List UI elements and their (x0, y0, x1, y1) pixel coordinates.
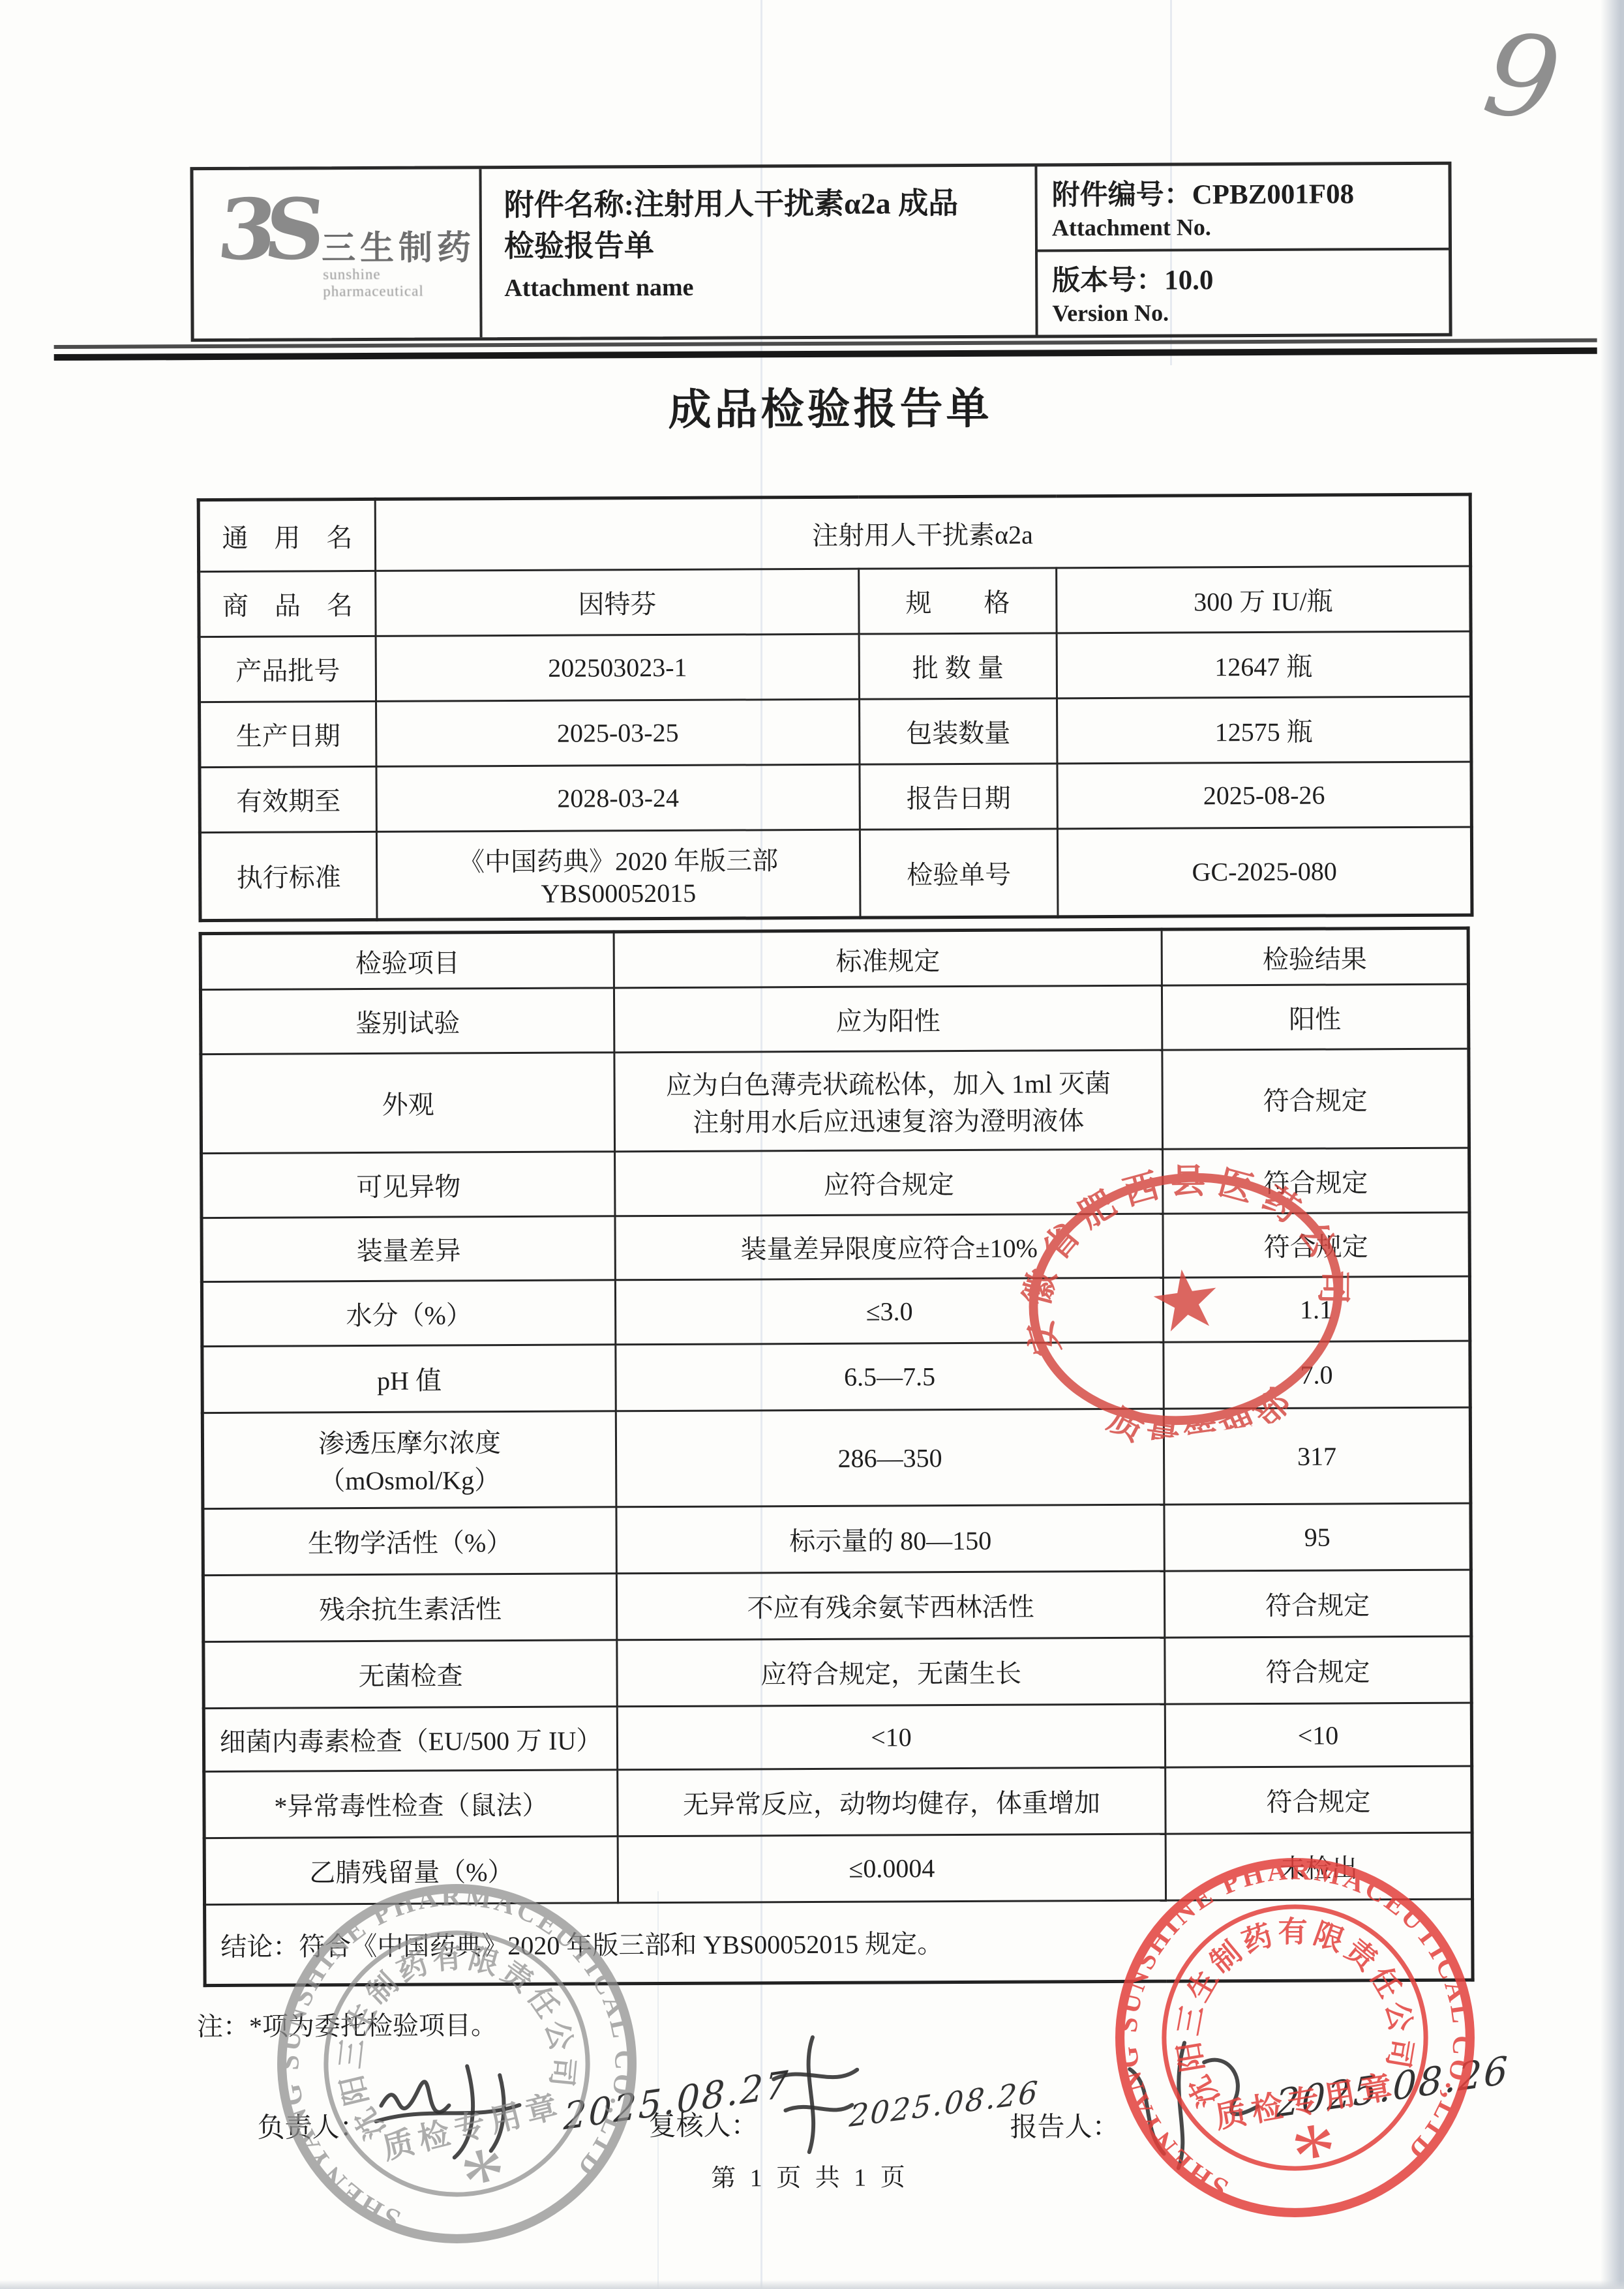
test-result-cell: 95 (1164, 1503, 1471, 1571)
info-value-cell: 因特芬 (376, 569, 859, 636)
attachment-no-label: 附件编号： (1052, 179, 1192, 211)
attachment-name-cn: 附件名称:注射用人干扰素α2a 成品 检验报告单 (504, 183, 1029, 267)
info-label-cell: 通 用 名 (198, 499, 375, 571)
logo-company-name: 三生制药 (322, 220, 475, 269)
test-row: *异常毒性检查（鼠法） 无异常反应，动物均健存，体重增加 符合规定 (204, 1766, 1472, 1838)
test-result-cell: <10 (1165, 1703, 1471, 1767)
test-row: 鉴别试验 应为阳性 阳性 (200, 984, 1468, 1054)
info-value-cell: 2025-08-26 (1057, 762, 1471, 829)
logo-tagline: sunshine pharmaceutical (323, 265, 479, 300)
info-value-cell: 12575 瓶 (1057, 696, 1471, 764)
svg-text:SHENYANG SUNSHINE PHARMACEUTIC: SHENYANG SUNSHINE PHARMACEUTICAL CO.,LTD (1083, 1826, 1501, 2218)
logo-3s-mark: 3S (214, 188, 317, 272)
test-results-table: 检验项目 标准规定 检验结果 鉴别试验 应为阳性 阳性 外观 应为白色薄壳状疏松… (199, 927, 1475, 1987)
attachment-header-box: 3S 三生制药 sunshine pharmaceutical 附件名称:注射用… (190, 162, 1452, 342)
test-item-cell: 装量差异 (202, 1216, 615, 1282)
scan-edge-shadow (0, 2280, 1624, 2289)
test-item-cell: 可见异物 (202, 1152, 615, 1218)
attachment-meta-cell: 附件编号：CPBZ001F08 Attachment No. 版本号：10.0 … (1037, 165, 1449, 335)
attachment-no-en: Attachment No. (1052, 213, 1449, 242)
info-label-cell: 产品批号 (199, 636, 376, 702)
info-value-cell: 2028-03-24 (376, 764, 860, 831)
attachment-no-line: 附件编号：CPBZ001F08 (1052, 172, 1449, 213)
test-result-cell: 符合规定 (1162, 1049, 1469, 1149)
test-item-cell: 细菌内毒素检查（EU/500 万 IU） (203, 1707, 617, 1772)
test-standard-cell: <10 (617, 1704, 1165, 1770)
info-label-cell: 有效期至 (200, 766, 376, 832)
test-standard-cell: 标示量的 80—150 (616, 1504, 1164, 1574)
info-label-cell: 批 数 量 (859, 633, 1057, 699)
qa-department-oval-stamp: 安徽省肥西县医药公司 ★ 质量管理部 (1002, 1142, 1370, 1456)
info-value-cell: 300 万 IU/瓶 (1057, 566, 1471, 633)
attachment-no-row: 附件编号：CPBZ001F08 Attachment No. (1037, 165, 1449, 250)
info-value-cell: 12647 瓶 (1057, 631, 1471, 698)
col-header-result: 检验结果 (1162, 928, 1468, 985)
info-value-cell: 202503023-1 (376, 634, 859, 701)
page-title: 成品检验报告单 (196, 372, 1464, 439)
info-value-cell: 《中国药典》2020 年版三部 YBS00052015 (376, 830, 860, 920)
col-header-item: 检验项目 (200, 932, 614, 990)
stamp-star-icon: ★ (1143, 1251, 1229, 1351)
scan-edge-shadow (1601, 0, 1624, 2289)
attachment-name-cell: 附件名称:注射用人干扰素α2a 成品 检验报告单 Attachment name (481, 166, 1038, 337)
test-item-cell: *异常毒性检查（鼠法） (204, 1770, 618, 1838)
test-standard-cell: 应为白色薄壳状疏松体，加入 1ml 灭菌 注射用水后应迅速复溶为澄明液体 (614, 1050, 1163, 1152)
test-standard-cell: 不应有残余氨苄西林活性 (616, 1571, 1164, 1640)
test-item-cell: 残余抗生素活性 (203, 1574, 616, 1642)
test-result-cell: 符合规定 (1165, 1766, 1472, 1834)
info-label-cell: 执行标准 (200, 831, 377, 920)
test-standard-cell: 应符合规定，无菌生长 (617, 1638, 1165, 1707)
company-qc-seal-red: SHENYANG SUNSHINE PHARMACEUTICAL CO.,LTD… (1081, 1824, 1509, 2251)
seal-ring-en-text: SHENYANG SUNSHINE PHARMACEUTICAL CO.,LTD (1083, 1826, 1501, 2218)
info-value-cell: GC-2025-080 (1057, 827, 1472, 917)
seal-asterisk-mark: * (1286, 2102, 1346, 2206)
version-value: 10.0 (1164, 265, 1213, 295)
test-row: 外观 应为白色薄壳状疏松体，加入 1ml 灭菌 注射用水后应迅速复溶为澄明液体 … (201, 1049, 1469, 1153)
info-label-cell: 商 品 名 (199, 571, 376, 636)
table-row: 有效期至 2028-03-24 报告日期 2025-08-26 (200, 762, 1471, 833)
test-row: 渗透压摩尔浓度 （mOsmol/Kg） 286—350 317 (202, 1407, 1471, 1508)
test-item-cell: 鉴别试验 (200, 988, 614, 1055)
table-header-row: 检验项目 标准规定 检验结果 (200, 928, 1468, 989)
version-label: 版本号： (1052, 265, 1164, 297)
test-item-cell: 水分（%） (202, 1280, 615, 1347)
reviewer-signature-scribble (754, 2028, 872, 2159)
test-item-cell: 外观 (201, 1053, 615, 1154)
attachment-name-en: Attachment name (504, 271, 1029, 303)
table-row: 通 用 名 注射用人干扰素α2a (198, 494, 1470, 572)
info-label-cell: 规 格 (859, 568, 1057, 634)
test-row: 细菌内毒素检查（EU/500 万 IU） <10 <10 (203, 1703, 1471, 1771)
test-result-cell: 阳性 (1162, 984, 1468, 1050)
version-no-row: 版本号：10.0 Version No. (1038, 248, 1449, 335)
seal-asterisk-mark: * (452, 2125, 519, 2231)
test-standard-cell: 应为阳性 (614, 985, 1162, 1053)
info-label-cell: 包装数量 (860, 698, 1057, 764)
test-item-cell: 渗透压摩尔浓度 （mOsmol/Kg） (202, 1411, 616, 1509)
attachment-no-value: CPBZ001F08 (1192, 179, 1355, 210)
test-item-cell: 生物学活性（%） (203, 1507, 616, 1576)
version-no-line: 版本号：10.0 (1052, 257, 1449, 299)
info-label-cell: 检验单号 (860, 829, 1058, 918)
test-result-cell: 符合规定 (1164, 1570, 1471, 1638)
col-header-standard: 标准规定 (614, 929, 1162, 988)
company-logo: 3S 三生制药 sunshine pharmaceutical (193, 169, 482, 338)
product-info-table: 通 用 名 注射用人干扰素α2a 商 品 名 因特芬 规 格 300 万 IU/… (197, 493, 1474, 923)
table-row: 产品批号 202503023-1 批 数 量 12647 瓶 (199, 631, 1471, 702)
info-label-cell: 生产日期 (200, 701, 376, 767)
scanned-report-page: 9 3S 三生制药 sunshine pharmaceutical 附件名称:注… (0, 0, 1624, 2289)
test-item-cell: 无菌检查 (203, 1640, 617, 1709)
table-row: 执行标准 《中国药典》2020 年版三部 YBS00052015 检验单号 GC… (200, 827, 1472, 921)
info-label-cell: 报告日期 (860, 764, 1057, 830)
test-row: 残余抗生素活性 不应有残余氨苄西林活性 符合规定 (203, 1570, 1471, 1641)
info-value-cell: 注射用人干扰素α2a (375, 494, 1470, 571)
test-standard-cell: 无异常反应，动物均健存，体重增加 (618, 1767, 1165, 1836)
info-value-cell: 2025-03-25 (376, 699, 860, 766)
table-row: 商 品 名 因特芬 规 格 300 万 IU/瓶 (199, 566, 1471, 637)
table-row: 生产日期 2025-03-25 包装数量 12575 瓶 (200, 696, 1471, 768)
header-divider-rule (54, 338, 1597, 361)
version-no-en: Version No. (1052, 298, 1449, 327)
test-item-cell: pH 值 (202, 1345, 616, 1413)
test-result-cell: 符合规定 (1165, 1636, 1471, 1704)
test-row: 无菌检查 应符合规定，无菌生长 符合规定 (203, 1636, 1471, 1708)
test-row: 生物学活性（%） 标示量的 80—150 95 (203, 1503, 1471, 1575)
